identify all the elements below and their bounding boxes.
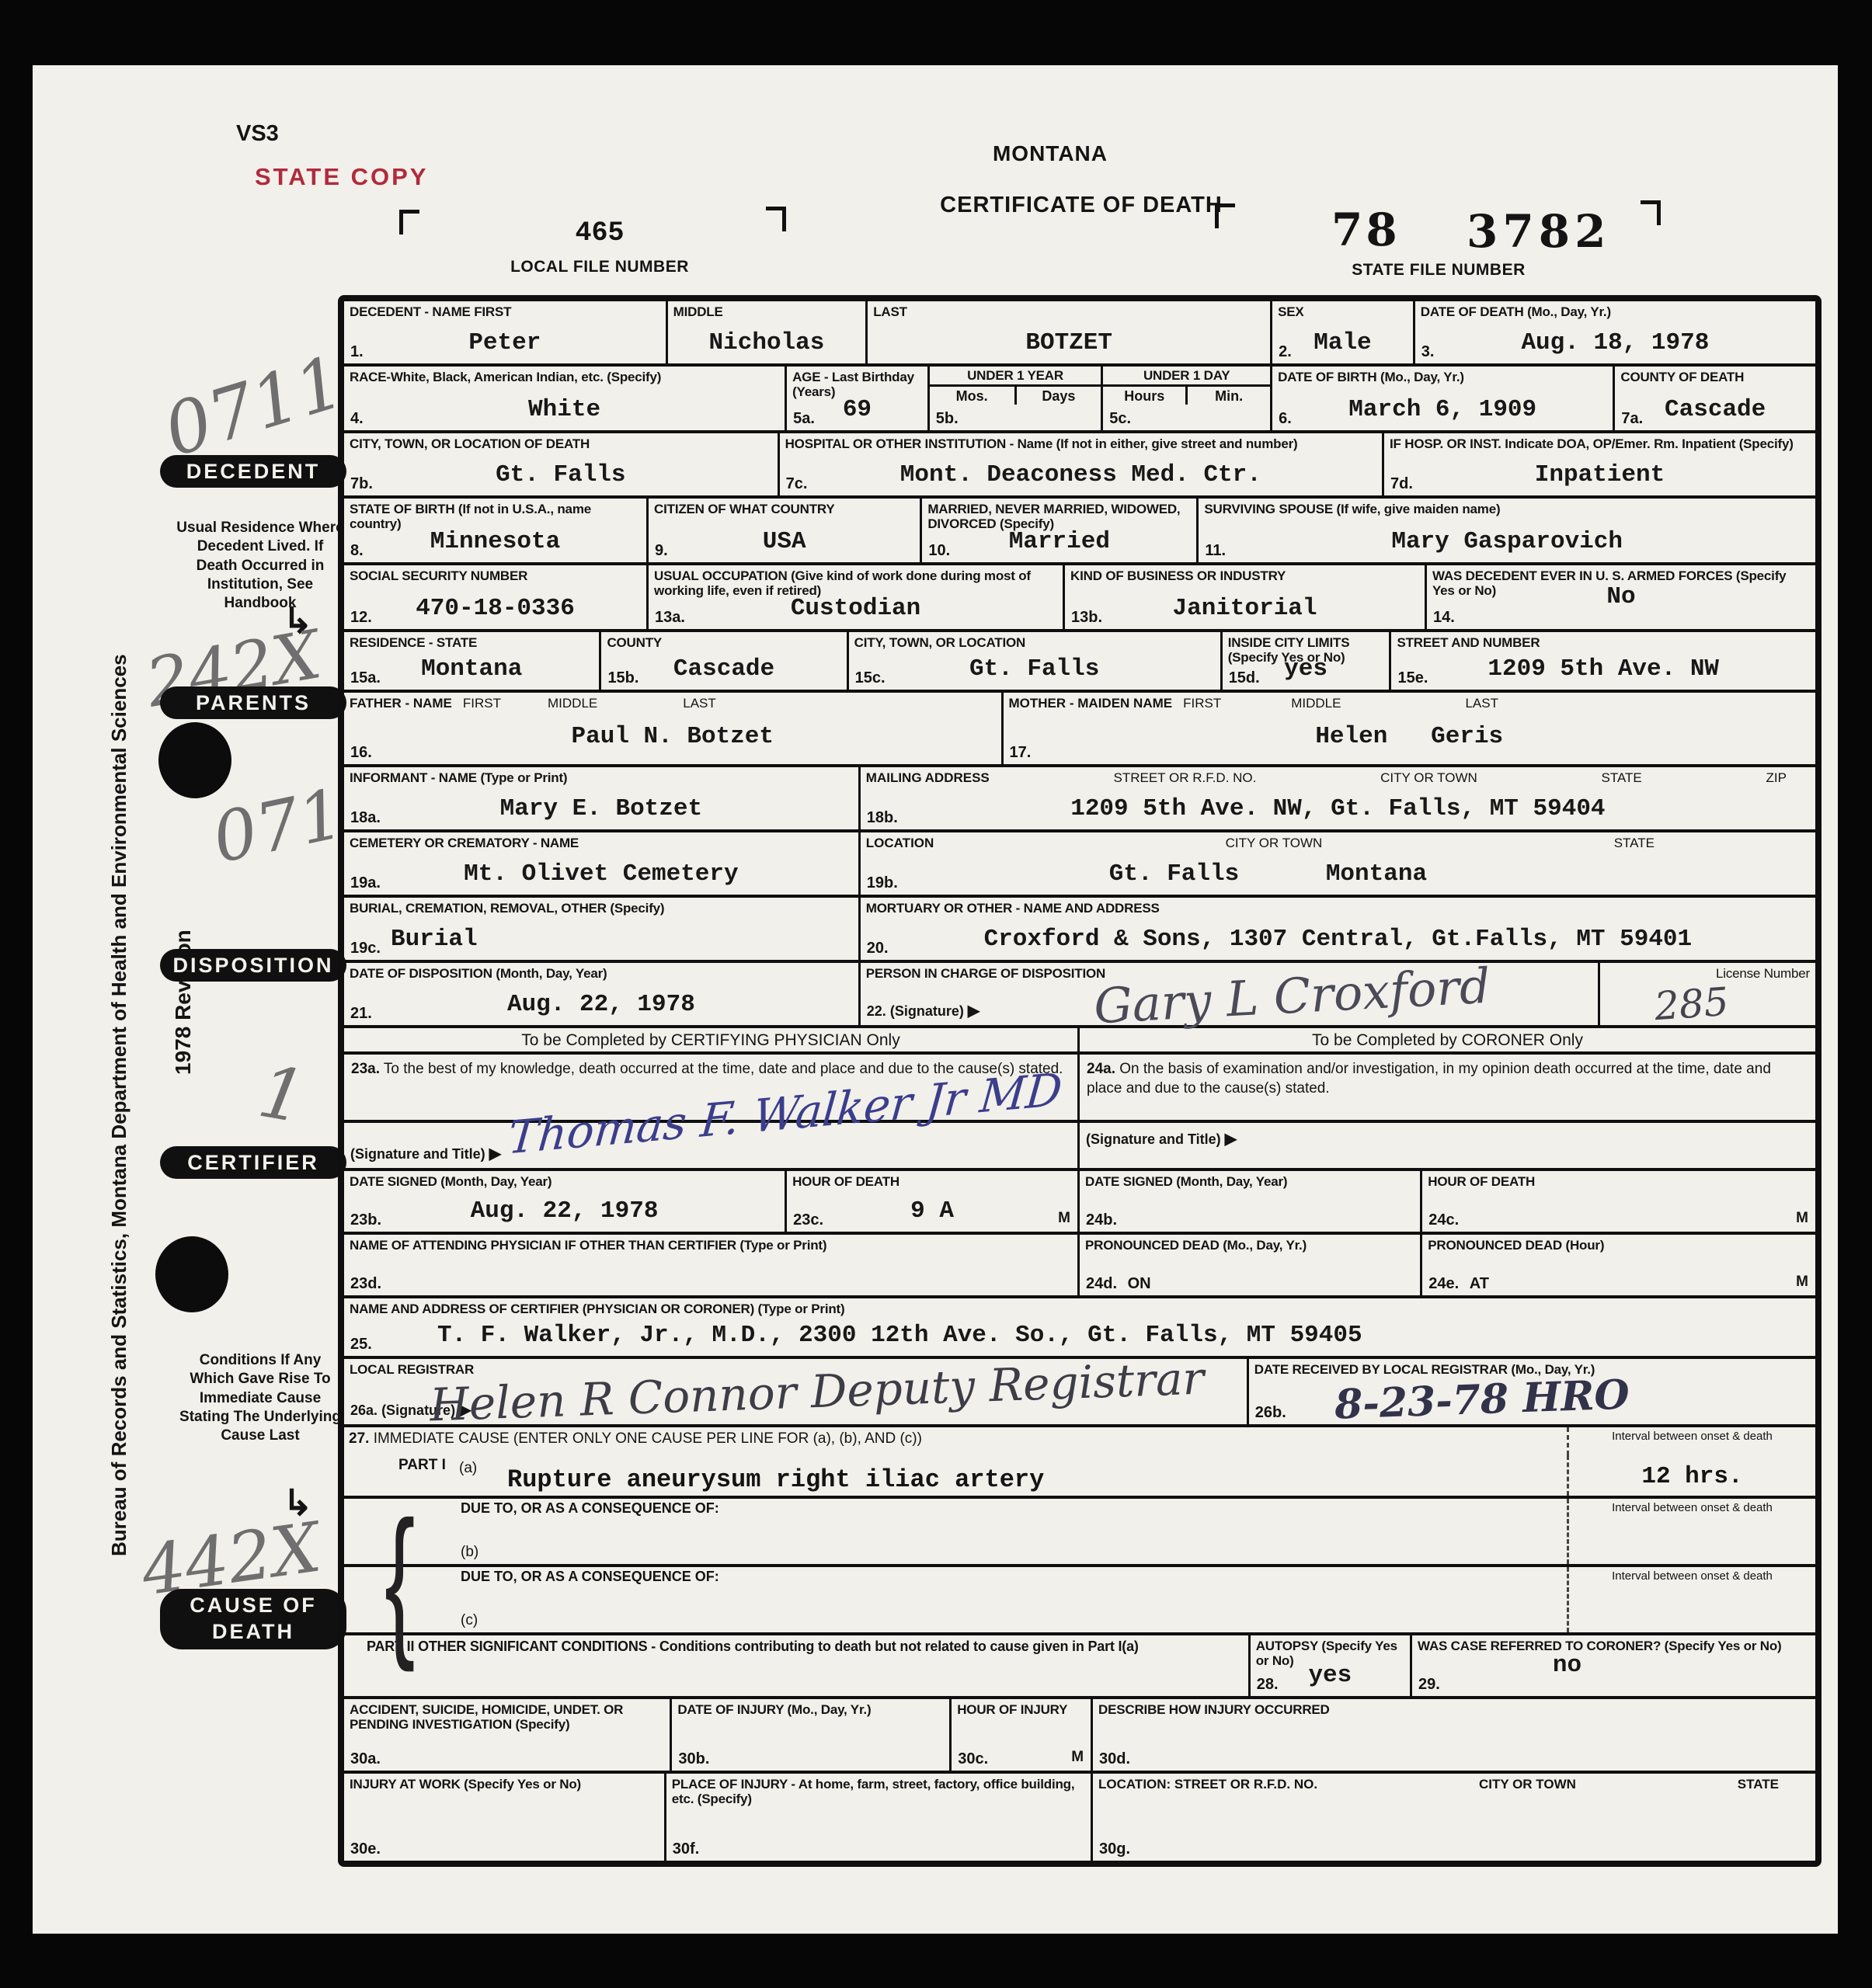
field-value: Mary Gasparovich [1199,528,1815,555]
field-city-of-death: CITY, TOWN, OR LOCATION OF DEATH Gt. Fal… [344,433,780,495]
field-value: Mont. Deaconess Med. Ctr. [780,461,1382,488]
field-value: No [1427,583,1815,610]
field-hour-of-injury: HOUR OF INJURY 30c. M [952,1699,1093,1771]
state-name: MONTANA [802,141,1299,166]
field-value: Mt. Olivet Cemetery [344,860,858,888]
meridiem-flag: M [1058,1210,1070,1227]
field-pronounced-dead-date: PRONOUNCED DEAD (Mo., Day, Yr.) 24d. ON [1080,1235,1422,1295]
field-referred-to-coroner: WAS CASE REFERRED TO CORONER? (Specify Y… [1412,1635,1815,1696]
field-value: T. F. Walker, Jr., M.D., 2300 12th Ave. … [437,1322,1815,1349]
physician-signature-cell: (Signature and Title) ▶ Thomas F. Walker… [344,1123,1080,1168]
field-label: PLACE OF INJURY - At home, farm, street,… [672,1777,1085,1806]
field-number: 18b. [867,809,898,827]
section-tab-cause-of-death: CAUSE OF DEATH [160,1589,346,1649]
state-file-number-value: 78 [1331,203,1401,256]
crop-mark-icon [1641,200,1661,225]
field-cemetery-location: LOCATION CITY OR TOWN STATE Gt. Falls Mo… [861,832,1815,895]
pencil-mark-certifier: 1 [252,1050,311,1140]
field-label: MIDDLE [673,304,861,319]
field-number: 29. [1418,1676,1440,1694]
subheader-zip: ZIP [1766,770,1786,786]
field-value: Mary E. Botzet [344,795,858,822]
field-injury-at-work: INJURY AT WORK (Specify Yes or No) 30e. [344,1774,666,1861]
statement-number: 23a. [351,1061,380,1077]
field-number: 11. [1205,542,1226,560]
field-label: NAME AND ADDRESS OF CERTIFIER (PHYSICIAN… [350,1302,1810,1316]
field-number: 5b. [936,410,959,428]
row-burial-mortuary: BURIAL, CREMATION, REMOVAL, OTHER (Speci… [344,898,1815,963]
meridiem-flag: M [1071,1749,1084,1766]
field-industry: KIND OF BUSINESS OR INDUSTRY Janitorial … [1065,565,1427,629]
field-date-signed-physician: DATE SIGNED (Month, Day, Year) Aug. 22, … [344,1171,787,1232]
field-value: Inpatient [1384,461,1815,488]
field-number: 30c. [958,1750,988,1768]
physician-band: To be Completed by CERTIFYING PHYSICIAN … [344,1028,1080,1051]
section-tab-decedent: DECEDENT [160,455,346,488]
field-label: DATE SIGNED (Month, Day, Year) [350,1174,779,1189]
field-value: 470-18-0336 [344,595,646,622]
field-label: LAST [873,304,1265,319]
mother-header: MOTHER - MAIDEN NAME FIRST MIDDLE LAST [1009,696,1810,711]
field-disposition-type: BURIAL, CREMATION, REMOVAL, OTHER (Speci… [344,898,861,960]
field-number: 18a. [350,809,381,827]
field-armed-forces: WAS DECEDENT EVER IN U. S. ARMED FORCES … [1427,565,1815,629]
field-value: Gt. Falls [849,655,1220,683]
field-label: MOTHER - MAIDEN NAME [1009,696,1173,711]
due-to-label: DUE TO, OR AS A CONSEQUENCE OF: [461,1500,719,1517]
field-value: BOTZET [868,329,1270,356]
field-number: 24c. [1428,1211,1459,1229]
field-hour-of-death: HOUR OF DEATH 9 A 23c. M [787,1171,1080,1232]
field-label: KIND OF BUSINESS OR INDUSTRY [1070,568,1419,583]
field-number: 15c. [855,669,886,687]
subheader-state: STATE [1614,836,1655,851]
subheader-months: Mos. [930,387,1014,405]
field-number: 30f. [673,1840,699,1858]
field-label: DATE OF INJURY (Mo., Day, Yr.) [677,1702,944,1717]
field-label: MAILING ADDRESS [866,770,990,786]
signature-prompt: (Signature and Title) ▶ [350,1144,501,1163]
field-number: 19a. [350,874,381,892]
row-injury-2: INJURY AT WORK (Specify Yes or No) 30e. … [344,1774,1815,1861]
row-decedent-name: DECEDENT - NAME FIRST Peter 1. MIDDLE Ni… [344,301,1815,367]
field-number: 10. [928,542,950,560]
cause-line-a: PART I (a) Rupture aneurysum right iliac… [344,1455,1815,1499]
field-disposition-date: DATE OF DISPOSITION (Month, Day, Year) A… [344,963,861,1025]
field-date-signed-coroner: DATE SIGNED (Month, Day, Year) 24b. [1080,1171,1422,1232]
statement-number: 24a. [1087,1061,1115,1077]
field-number: 7a. [1621,410,1643,428]
interval-column: Interval between onset & death [1567,1427,1815,1455]
field-value: Minnesota [344,528,646,555]
field-informant-name: INFORMANT - NAME (Type or Print) Mary E.… [344,767,861,829]
section-tab-certifier: CERTIFIER [160,1146,346,1179]
row-local-registrar: LOCAL REGISTRAR 26a. (Signature) ▶ Helen… [344,1359,1815,1427]
cause-number: 27. [349,1430,369,1447]
field-number: 30e. [350,1840,381,1858]
field-number: 8. [350,542,364,560]
field-inpatient-status: IF HOSP. OR INST. Indicate DOA, OP/Emer.… [1384,433,1815,495]
residence-note: Usual Residence Where Decedent Lived. If… [176,519,345,613]
field-under-1-day: UNDER 1 DAY Hours Min. 5c. [1103,367,1272,430]
line-a-tag: (a) [459,1460,477,1477]
field-last-name: LAST BOTZET [868,301,1272,363]
field-ssn: SOCIAL SECURITY NUMBER 470-18-0336 12. [344,565,649,629]
subheader-street: STREET OR R.F.D. NO. [1114,770,1257,786]
crop-mark-icon [1215,203,1235,228]
meridiem-flag: M [1796,1274,1808,1291]
field-number: 24e. AT [1428,1275,1489,1293]
signature-prompt: (Signature and Title) ▶ [1086,1129,1237,1149]
field-surviving-spouse: SURVIVING SPOUSE (If wife, give maiden n… [1199,499,1815,562]
field-attending-physician: NAME OF ATTENDING PHYSICIAN IF OTHER THA… [344,1235,1080,1295]
signature-arrow-icon: ▶ [968,1003,979,1020]
field-number: 23b. [350,1211,381,1229]
field-label: CEMETERY OR CREMATORY - NAME [350,836,853,850]
field-label: DECEDENT - NAME FIRST [350,304,660,319]
field-label: STATE OF BIRTH (If not in U.S.A., name c… [350,502,641,531]
field-value: Peter [344,329,666,356]
field-county-of-death: COUNTY OF DEATH Cascade 7a. [1615,367,1815,430]
row-race-age: RACE-White, Black, American Indian, etc.… [344,367,1815,433]
field-citizenship: CITIZEN OF WHAT COUNTRY USA 9. [649,499,922,562]
field-date-received: DATE RECEIVED BY LOCAL REGISTRAR (Mo., D… [1249,1359,1815,1424]
field-father-name: FATHER - NAME FIRST MIDDLE LAST Paul N. … [344,693,1004,764]
revision-vertical-text: 1978 Revision [171,904,196,1075]
field-label: PRONOUNCED DEAD (Mo., Day, Yr.) [1085,1238,1414,1253]
cause-a-value: Rupture aneurysum right iliac artery [507,1465,1044,1494]
cause-of-death-section: { 27. IMMEDIATE CAUSE (ENTER ONLY ONE CA… [344,1427,1815,1635]
field-number: 17. [1010,744,1032,762]
row-disposition: DATE OF DISPOSITION (Month, Day, Year) A… [344,963,1815,1028]
field-number: 15e. [1397,669,1428,687]
subheader-middle: MIDDLE [1291,696,1341,711]
coroner-statement: 24a. On the basis of examination and/or … [1080,1055,1815,1120]
pencil-code-decedent: 0711 [155,340,353,473]
state-file-number-value: 3782 [1467,205,1610,258]
field-number: 30a. [350,1750,381,1768]
field-value: March 6, 1909 [1272,396,1613,423]
field-label: UNDER 1 DAY [1103,368,1270,383]
date-received-value: 8-23-78 HRO [1334,1371,1630,1428]
local-file-number-label: LOCAL FILE NUMBER [437,258,763,276]
row-completed-by-band: To be Completed by CERTIFYING PHYSICIAN … [344,1028,1815,1055]
field-residence-state: RESIDENCE - STATE Montana 15a. [344,632,601,690]
field-mailing-address: MAILING ADDRESS STREET OR R.F.D. NO. CIT… [861,767,1815,829]
field-number: 21. [350,1005,372,1023]
field-occupation: USUAL OCCUPATION (Give kind of work done… [649,565,1065,629]
pencil-code-parents: 071 [206,773,350,879]
field-value: Male [1272,329,1413,356]
field-number: 30d. [1099,1750,1130,1768]
field-date-of-death: DATE OF DEATH (Mo., Day, Yr.) Aug. 18, 1… [1415,301,1815,363]
field-label: DESCRIBE HOW INJURY OCCURRED [1098,1702,1810,1717]
subheader-state: STATE [1738,1777,1779,1792]
section-tab-parents: PARENTS [160,686,346,719]
field-value: Paul N. Botzet [344,723,1001,750]
field-label: DATE OF BIRTH (Mo., Day, Yr.) [1278,370,1607,384]
meridiem-flag: M [1796,1210,1808,1227]
subheader-days: Days [1014,387,1101,405]
field-value: Aug. 18, 1978 [1415,329,1815,356]
field-pronounced-dead-hour: PRONOUNCED DEAD (Hour) 24e. AT M [1422,1235,1815,1295]
field-label: SOCIAL SECURITY NUMBER [350,568,641,583]
interval-a: 12 hrs. [1567,1455,1815,1496]
field-label: DATE OF DEATH (Mo., Day, Yr.) [1421,304,1810,319]
interval-b: Interval between onset & death [1567,1499,1815,1564]
pronounced-prefix: AT [1470,1275,1489,1292]
field-label: NAME OF ATTENDING PHYSICIAN IF OTHER THA… [350,1238,1072,1253]
field-residence-county: COUNTY Cascade 15b. [601,632,848,690]
field-injury-location: LOCATION: STREET OR R.F.D. NO. CITY OR T… [1093,1774,1815,1861]
field-local-registrar: LOCAL REGISTRAR 26a. (Signature) ▶ Helen… [344,1359,1249,1424]
field-middle-name: MIDDLE Nicholas [668,301,868,363]
line-b-tag: (b) [461,1544,478,1561]
field-label: FATHER - NAME [350,696,452,711]
field-number: 5c. [1109,410,1131,428]
field-number: 13a. [655,609,685,627]
under-1-day-subheaders: Hours Min. [1103,384,1270,405]
field-inside-city-limits: INSIDE CITY LIMITS (Specify Yes or No) y… [1223,632,1392,690]
local-file-number-value: 465 [468,217,732,248]
field-number: 9. [655,542,668,560]
field-state-of-birth: STATE OF BIRTH (If not in U.S.A., name c… [344,499,649,562]
field-value: USA [649,528,920,555]
field-label: USUAL OCCUPATION (Give kind of work done… [654,568,1057,598]
field-value: Married [922,528,1196,555]
certificate-title: CERTIFICATE OF DEATH [802,193,1361,218]
field-label: INFORMANT - NAME (Type or Print) [350,770,853,785]
field-hour-of-death-coroner: HOUR OF DEATH 24c. M [1422,1171,1815,1232]
punch-hole [158,722,231,798]
part1-label: PART I [398,1457,446,1474]
statement-text: On the basis of examination and/or inves… [1087,1061,1771,1097]
field-number: 6. [1279,410,1292,428]
field-number: 14. [1433,609,1455,627]
form-code: VS3 [236,121,279,147]
field-marital-status: MARRIED, NEVER MARRIED, WIDOWED, DIVORCE… [922,499,1199,562]
pronounced-prefix: ON [1128,1275,1151,1292]
field-race: RACE-White, Black, American Indian, etc.… [344,367,787,430]
crop-mark-icon [399,210,419,235]
field-number: 7d. [1390,475,1413,493]
field-label: HOUR OF DEATH [1428,1174,1810,1189]
subheader-middle: MIDDLE [548,696,597,711]
field-number: 12. [350,609,372,627]
certificate-form: DECEDENT - NAME FIRST Peter 1. MIDDLE Ni… [338,295,1822,1867]
field-label: PART II OTHER SIGNIFICANT CONDITIONS - C… [350,1639,1243,1654]
field-number: 5a. [793,410,815,428]
under-1-year-subheaders: Mos. Days [930,384,1101,405]
field-number: 30b. [678,1750,709,1768]
field-date-of-birth: DATE OF BIRTH (Mo., Day, Yr.) March 6, 1… [1272,367,1615,430]
field-under-1-year: UNDER 1 YEAR Mos. Days 5b. [930,367,1103,430]
interval-label: Interval between onset & death [1569,1499,1815,1514]
field-value: 1209 5th Ave. NW [1391,655,1815,683]
field-first-name: DECEDENT - NAME FIRST Peter 1. [344,301,668,363]
field-label: CITY, TOWN, OR LOCATION OF DEATH [350,436,772,451]
field-label: License Number [1606,966,1810,981]
field-label: SEX [1278,304,1407,319]
field-certifier-name-address: NAME AND ADDRESS OF CERTIFIER (PHYSICIAN… [344,1298,1815,1356]
field-how-injury-occurred: DESCRIBE HOW INJURY OCCURRED 30d. [1093,1699,1815,1771]
field-label: STREET AND NUMBER [1397,635,1809,650]
field-label: COUNTY [607,635,840,650]
cause-line-c: DUE TO, OR AS A CONSEQUENCE OF: (c) Inte… [344,1567,1815,1632]
field-value: Janitorial [1065,595,1425,622]
mailing-address-header: MAILING ADDRESS STREET OR R.F.D. NO. CIT… [866,770,1810,786]
field-residence-city: CITY, TOWN, OR LOCATION Gt. Falls 15c. [849,632,1223,690]
cemetery-location-header: LOCATION CITY OR TOWN STATE [866,836,1810,851]
signature-prompt: 22. (Signature) ▶ [867,1001,979,1020]
field-number: 19b. [867,874,898,892]
field-value: Cascade [1615,396,1815,423]
cause-header-text: IMMEDIATE CAUSE (ENTER ONLY ONE CAUSE PE… [374,1430,922,1447]
field-label: UNDER 1 YEAR [930,368,1101,383]
field-value: Aug. 22, 1978 [344,1197,785,1225]
death-certificate-page: VS3 STATE COPY MONTANA CERTIFICATE OF DE… [33,65,1838,1934]
row-parents: FATHER - NAME FIRST MIDDLE LAST Paul N. … [344,693,1815,767]
field-date-of-injury: DATE OF INJURY (Mo., Day, Yr.) 30b. [672,1699,952,1771]
field-label: BURIAL, CREMATION, REMOVAL, OTHER (Speci… [350,901,853,916]
subheader-last: LAST [1465,696,1498,711]
field-hospital: HOSPITAL OR OTHER INSTITUTION - Name (If… [780,433,1384,495]
subheader-state: STATE [1602,770,1642,786]
interval-a-value: 12 hrs. [1569,1455,1815,1490]
row-injury-1: ACCIDENT, SUICIDE, HOMICIDE, UNDET. OR P… [344,1699,1815,1774]
field-number: 16. [350,744,372,762]
field-label: RACE-White, Black, American Indian, etc.… [350,370,779,384]
subheader-first: FIRST [463,696,501,711]
field-number: 1. [350,343,364,361]
row-date-signed: DATE SIGNED (Month, Day, Year) Aug. 22, … [344,1171,1815,1235]
field-number: 15d. [1229,669,1260,687]
field-number: 3. [1421,343,1435,361]
field-label: SURVIVING SPOUSE (If wife, give maiden n… [1204,502,1810,516]
field-label: LOCATION [866,836,934,851]
section-tab-disposition: DISPOSITION [160,949,346,982]
field-label: MARRIED, NEVER MARRIED, WIDOWED, DIVORCE… [927,502,1191,531]
field-label: IF HOSP. OR INST. Indicate DOA, OP/Emer.… [1390,436,1810,451]
field-number: 19c. [350,940,381,958]
field-mortuary: MORTUARY OR OTHER - NAME AND ADDRESS Cro… [861,898,1815,960]
field-label: ACCIDENT, SUICIDE, HOMICIDE, UNDET. OR P… [350,1702,664,1732]
coroner-band: To be Completed by CORONER Only [1080,1028,1815,1051]
field-number: 7b. [350,475,373,493]
field-other-conditions: PART II OTHER SIGNIFICANT CONDITIONS - C… [344,1635,1251,1696]
field-value: Helen Geris [1004,723,1815,750]
row-informant: INFORMANT - NAME (Type or Print) Mary E.… [344,767,1815,832]
field-value: Croxford & Sons, 1307 Central, Gt.Falls,… [861,926,1815,953]
field-label: CITIZEN OF WHAT COUNTRY [654,502,914,516]
row-place-of-death: CITY, TOWN, OR LOCATION OF DEATH Gt. Fal… [344,433,1815,499]
field-value: White [344,396,785,423]
field-place-of-injury: PLACE OF INJURY - At home, farm, street,… [666,1774,1093,1861]
bureau-vertical-text: Bureau of Records and Statistics, Montan… [107,562,131,1556]
due-to-label: DUE TO, OR AS A CONSEQUENCE OF: [461,1569,719,1585]
field-number: 13b. [1071,609,1102,627]
conditions-note: Conditions If Any Which Gave Rise To Imm… [176,1351,345,1446]
field-number: 25. [350,1336,372,1354]
field-cemetery-name: CEMETERY OR CREMATORY - NAME Mt. Olivet … [344,832,861,895]
field-age: AGE - Last Birthday (Years) 69 5a. [787,367,930,430]
field-label: HOSPITAL OR OTHER INSTITUTION - Name (If… [785,436,1376,451]
field-number: 30g. [1099,1840,1130,1858]
cause-line-b: DUE TO, OR AS A CONSEQUENCE OF: (b) Inte… [344,1499,1815,1567]
subheader-minutes: Min. [1185,387,1270,405]
field-number: 28. [1257,1676,1279,1694]
interval-c: Interval between onset & death [1567,1567,1815,1632]
field-value: 9 A [787,1197,1077,1225]
field-label: INJURY AT WORK (Specify Yes or No) [350,1777,659,1792]
field-number: 20. [867,940,889,958]
field-label: DATE SIGNED (Month, Day, Year) [1085,1174,1414,1189]
brace-glyph: { [384,1507,415,1654]
subheader-last: LAST [683,696,716,711]
subheader-first: FIRST [1183,696,1221,711]
state-file-number-label: STATE FILE NUMBER [1275,261,1602,280]
field-label: RESIDENCE - STATE [350,635,593,650]
field-number: 4. [350,410,364,428]
field-sex: SEX Male 2. [1272,301,1415,363]
field-value: Aug. 22, 1978 [344,991,858,1018]
line-c-tag: (c) [461,1612,478,1629]
father-header: FATHER - NAME FIRST MIDDLE LAST [350,696,996,711]
row-attending-physician: NAME OF ATTENDING PHYSICIAN IF OTHER THA… [344,1235,1815,1298]
signature-arrow-icon: ▶ [1225,1131,1237,1148]
field-value: Burial [391,926,858,953]
row-ssn-occupation: SOCIAL SECURITY NUMBER 470-18-0336 12. U… [344,565,1815,632]
field-number: 7c. [786,475,808,493]
field-value: Gt. Falls Montana [1109,860,1815,888]
row-signatures: (Signature and Title) ▶ Thomas F. Walker… [344,1123,1815,1171]
crop-mark-icon [766,207,786,231]
field-value: Custodian [649,595,1063,622]
interval-label: Interval between onset & death [1569,1427,1815,1443]
field-number: 23c. [793,1211,823,1229]
field-label: HOUR OF INJURY [957,1702,1085,1717]
subheader-hours: Hours [1103,387,1185,405]
field-value: 1209 5th Ave. NW, Gt. Falls, MT 59404 [861,795,1815,822]
field-number: 24d. ON [1086,1275,1151,1293]
row-part2: PART II OTHER SIGNIFICANT CONDITIONS - C… [344,1635,1815,1699]
row-certifier-name: NAME AND ADDRESS OF CERTIFIER (PHYSICIAN… [344,1298,1815,1359]
license-number-value: 285 [1654,979,1731,1030]
row-birth-marital: STATE OF BIRTH (If not in U.S.A., name c… [344,499,1815,565]
field-value: Gt. Falls [344,461,778,488]
row-cemetery: CEMETERY OR CREMATORY - NAME Mt. Olivet … [344,832,1815,898]
interval-label: Interval between onset & death [1569,1567,1815,1583]
scanned-screenshot: VS3 STATE COPY MONTANA CERTIFICATE OF DE… [0,0,1872,1988]
field-label: AGE - Last Birthday (Years) [792,370,922,399]
field-license-number: License Number 285 [1600,963,1815,1025]
field-label: DATE OF DISPOSITION (Month, Day, Year) [350,966,853,981]
field-label: PRONOUNCED DEAD (Hour) [1428,1238,1810,1253]
punch-hole [155,1236,228,1312]
field-value: no [1319,1652,1815,1679]
coroner-signature-cell: (Signature and Title) ▶ [1080,1123,1815,1168]
field-label: HOUR OF DEATH [792,1174,1072,1189]
field-accident-suicide: ACCIDENT, SUICIDE, HOMICIDE, UNDET. OR P… [344,1699,672,1771]
field-street-number: STREET AND NUMBER 1209 5th Ave. NW 15e. [1391,632,1815,690]
field-mother-name: MOTHER - MAIDEN NAME FIRST MIDDLE LAST H… [1004,693,1815,764]
field-number: 15a. [350,669,381,687]
field-label: LOCATION: STREET OR R.F.D. NO. [1098,1777,1317,1792]
subheader-city: CITY OR TOWN [1479,1777,1576,1792]
field-person-in-charge: PERSON IN CHARGE OF DISPOSITION 22. (Sig… [861,963,1601,1025]
subheader-city: CITY OR TOWN [1380,770,1477,786]
injury-location-header: LOCATION: STREET OR R.F.D. NO. CITY OR T… [1098,1777,1810,1792]
